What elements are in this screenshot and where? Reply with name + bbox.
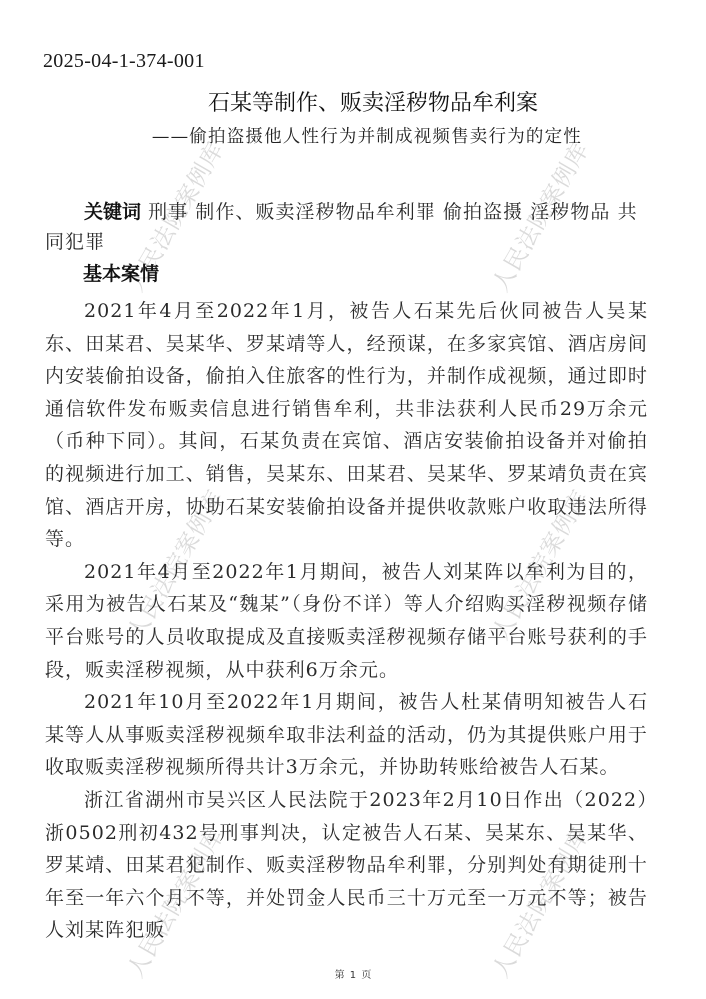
paragraph: 2021年4月至2022年1月，被告人石某先后伙同被告人吴某东、田某君、吴某华、… [45, 295, 648, 556]
case-number: 2025-04-1-374-001 [43, 50, 205, 73]
paragraph: 浙江省湖州市吴兴区人民法院于2023年2月10日作出（2022）浙0502刑初4… [45, 784, 648, 947]
section-body: 2021年4月至2022年1月，被告人石某先后伙同被告人吴某东、田某君、吴某华、… [45, 295, 648, 947]
keywords-label: 关键词 [84, 201, 141, 223]
keywords-line: 关键词 刑事 制作、贩卖淫秽物品牟利罪 偷拍盗摄 淫秽物品 共同犯罪 [45, 197, 648, 257]
page-number: 第 1 页 [0, 966, 706, 981]
paragraph: 2021年10月至2022年1月期间，被告人杜某倩明知被告人石某等人从事贩卖淫秽… [45, 686, 648, 784]
document-subtitle: ——偷拍盗摄他人性行为并制成视频售卖行为的定性 [152, 123, 582, 148]
section-heading-basic-facts: 基本案情 [83, 259, 159, 286]
document-page: 人民法院案例库 人民法院案例库 人民法院案例库 人民法院案例库 人民法院案例库 … [0, 0, 706, 999]
document-title: 石某等制作、贩卖淫秽物品牟利案 [0, 86, 706, 117]
paragraph: 2021年4月至2022年1月期间，被告人刘某阵以牟利为目的，采用为被告人石某及… [45, 556, 648, 686]
